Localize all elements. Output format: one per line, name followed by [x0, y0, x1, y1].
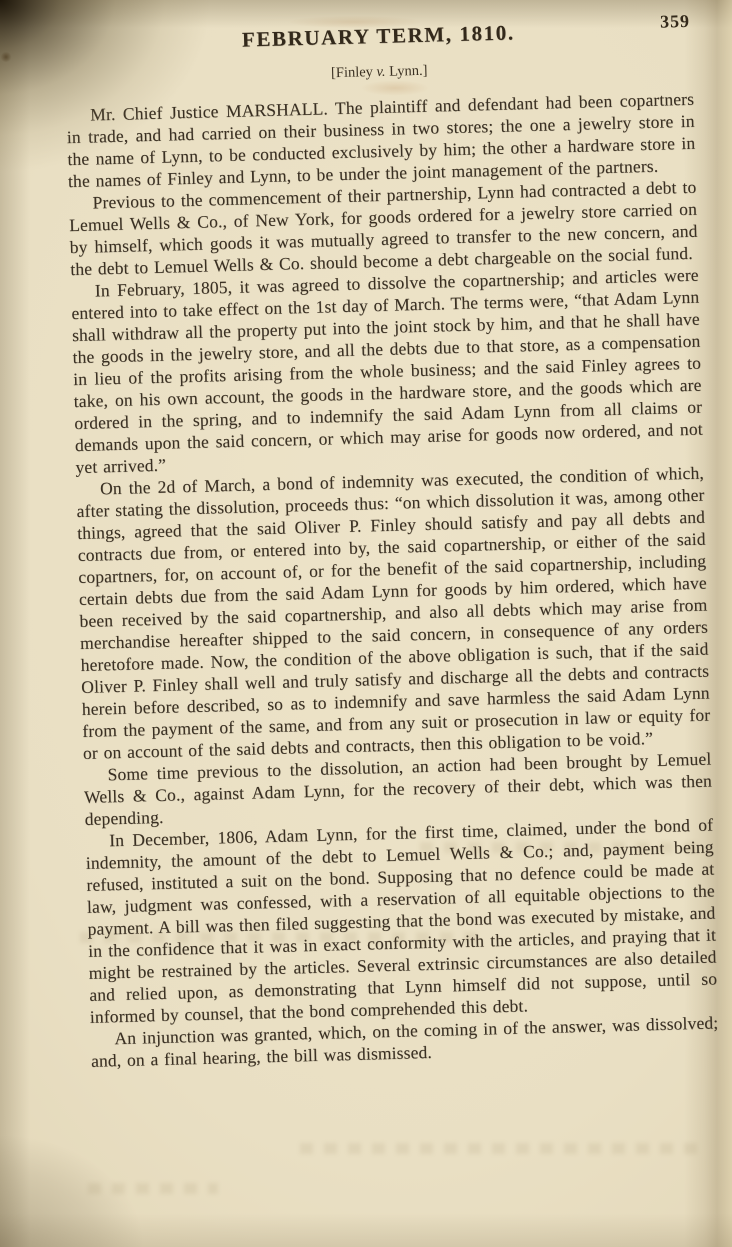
page-number: 359 — [660, 11, 691, 33]
bottom-left-corner-shadow — [0, 1107, 180, 1247]
paper-stain — [0, 52, 12, 62]
paragraph: In February, 1805, it was agreed to diss… — [71, 264, 704, 478]
left-edge-shadow — [0, 0, 30, 1247]
case-caption-suffix: Lynn.] — [385, 63, 427, 80]
paragraph: Mr. Chief Justice MARSHALL. The plaintif… — [66, 88, 696, 192]
page-title: FEBRUARY TERM, 1810. — [242, 20, 515, 52]
paragraph: Previous to the commencement of their pa… — [68, 176, 698, 280]
paragraph: In December, 1806, Adam Lynn, for the fi… — [85, 814, 718, 1028]
page-content: FEBRUARY TERM, 1810. 359 [Finley v. Lynn… — [64, 16, 719, 1072]
case-caption-prefix: [Finley — [331, 64, 377, 81]
ink-bleedthrough — [300, 1143, 700, 1154]
ink-bleedthrough — [88, 1183, 218, 1194]
scanned-book-page: FEBRUARY TERM, 1810. 359 [Finley v. Lynn… — [0, 0, 732, 1247]
opinion-text: Mr. Chief Justice MARSHALL. The plaintif… — [66, 88, 719, 1072]
bottom-edge-shadow — [0, 1213, 732, 1247]
paragraph: On the 2d of March, a bond of indemnity … — [76, 462, 711, 764]
case-caption: [Finley v. Lynn.] — [65, 56, 693, 89]
running-head: FEBRUARY TERM, 1810. 359 — [64, 16, 693, 62]
